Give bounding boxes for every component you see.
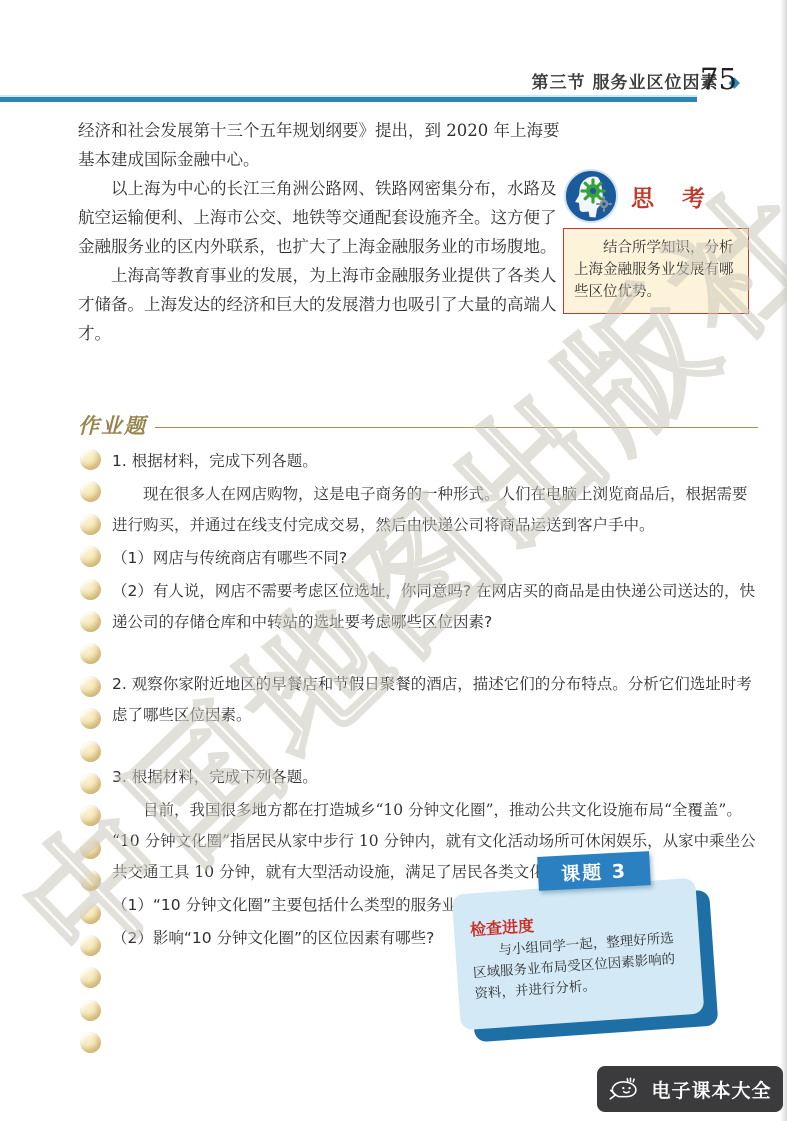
margin-dot [80, 1032, 101, 1053]
margin-dot [80, 903, 101, 924]
homework-title: 作业题 [78, 410, 147, 440]
margin-dot [80, 838, 101, 859]
ebook-brand-badge: 电子课本大全 [597, 1066, 783, 1112]
margin-dot [80, 579, 101, 600]
margin-dot [80, 1000, 101, 1021]
textbook-page: 第三节 服务业区位因素 ◆ 75 经济和社会发展第十三个五年规划纲要》提出，到 … [0, 0, 787, 1121]
homework-question: 3. 根据材料，完成下列各题。 [112, 762, 760, 793]
page-number: 75 [700, 62, 737, 96]
think-box: 思 考 结合所学知识，分析上海金融服务业发展有哪些区位优势。 [563, 168, 749, 314]
margin-dot [80, 676, 101, 697]
margin-dot [80, 449, 101, 470]
intro-text-block: 经济和社会发展第十三个五年规划纲要》提出，到 2020 年上海要基本建成国际金融… [78, 116, 566, 348]
homework-material: 现在很多人在网店购物，这是电子商务的一种形式。人们在电脑上浏览商品后，根据需要进… [112, 479, 760, 541]
homework-question: 2. 观察你家附近地区的早餐店和节假日聚餐的酒店，描述它们的分布特点。分析它们选… [112, 669, 760, 731]
margin-dot [80, 514, 101, 535]
margin-dot [80, 870, 101, 891]
margin-dot [80, 741, 101, 762]
whale-logo-icon [608, 1075, 644, 1103]
think-box-header: 思 考 [563, 168, 749, 224]
think-box-title: 思 考 [631, 180, 715, 213]
topic-box: 检查进度 与小组同学一起，整理好所选区域服务业布局受区位因素影响的资料，并进行分… [452, 850, 742, 1050]
topic-tab: 课题 3 [537, 851, 651, 891]
intro-paragraph: 上海高等教育事业的发展，为上海市金融服务业提供了各类人才储备。上海发达的经济和巨… [78, 261, 566, 348]
margin-dot [80, 708, 101, 729]
margin-dot [80, 967, 101, 988]
think-box-body: 结合所学知识，分析上海金融服务业发展有哪些区位优势。 [563, 228, 749, 314]
homework-sub-question: （1）网店与传统商店有哪些不同? [112, 543, 760, 574]
scan-page-edge [780, 0, 787, 1121]
badge-label: 电子课本大全 [651, 1076, 771, 1103]
margin-dot [80, 481, 101, 502]
homework-sub-question: （2）有人说，网店不需要考虑区位选址，你同意吗? 在网店买的商品是由快递公司送达… [112, 576, 760, 638]
margin-dot [80, 773, 101, 794]
homework-question: 1. 根据材料，完成下列各题。 [112, 446, 760, 477]
margin-dot [80, 805, 101, 826]
homework-section-header: 作业题 [78, 410, 758, 440]
header-rule [0, 95, 697, 102]
head-gears-icon [563, 168, 619, 224]
margin-dot [80, 611, 101, 632]
topic-box-body: 与小组同学一起，整理好所选区域服务业布局受区位因素影响的资料，并进行分析。 [471, 928, 689, 1006]
topic-box-card: 检查进度 与小组同学一起，整理好所选区域服务业布局受区位因素影响的资料，并进行分… [452, 878, 705, 1031]
intro-paragraph: 经济和社会发展第十三个五年规划纲要》提出，到 2020 年上海要基本建成国际金融… [78, 116, 566, 174]
margin-dot [80, 935, 101, 956]
margin-dot [80, 546, 101, 567]
homework-rule [155, 427, 758, 428]
intro-paragraph: 以上海为中心的长江三角洲公路网、铁路网密集分布，水路及航空运输便利、上海市公交、… [78, 174, 566, 261]
margin-dot [80, 643, 101, 664]
section-title: 第三节 服务业区位因素 [532, 68, 719, 93]
page-header: 第三节 服务业区位因素 ◆ [0, 68, 740, 93]
